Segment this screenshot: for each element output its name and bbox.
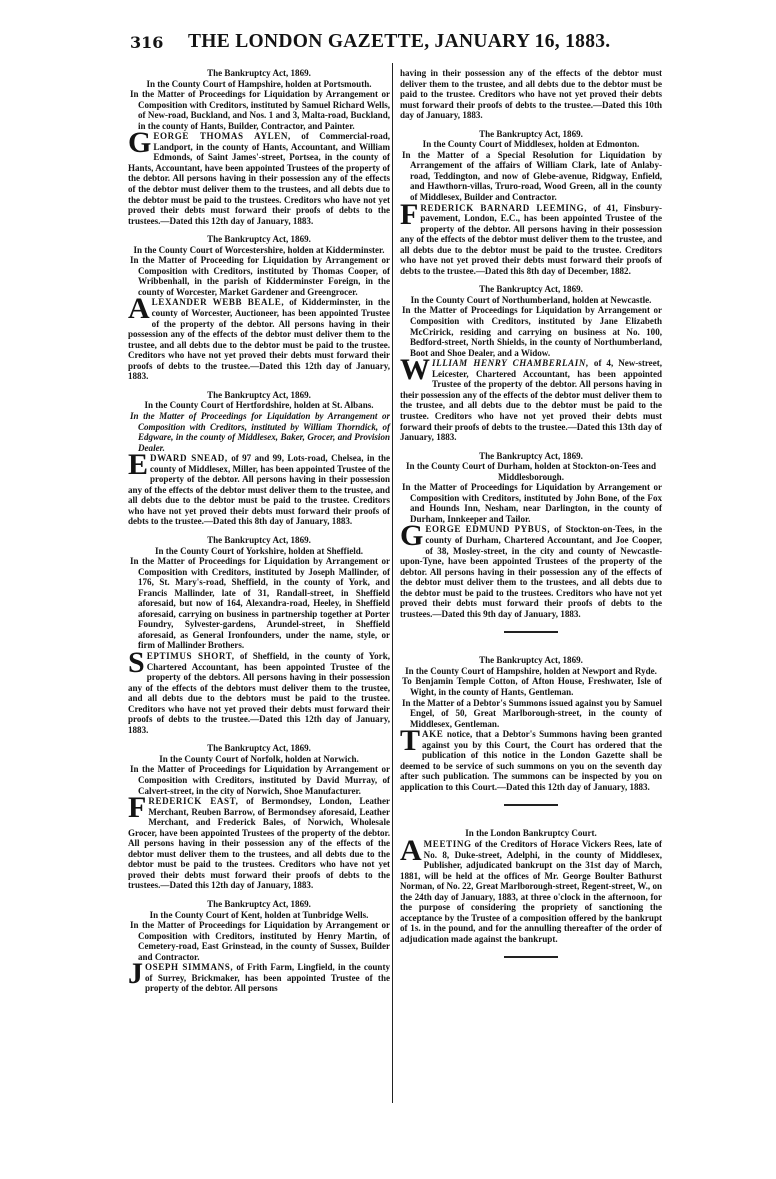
trustee-name: DWARD SNEAD, — [150, 453, 228, 463]
court-heading: In the County Court of Norfolk, holden a… — [128, 754, 390, 765]
drop-cap: G — [400, 524, 423, 548]
drop-cap: F — [400, 203, 418, 227]
section-divider — [504, 804, 558, 806]
drop-cap: F — [128, 796, 146, 820]
notice-body: FREDERICK BARNARD LEEMING, of 41, Finsbu… — [400, 203, 662, 277]
notice-middlesex-edmonton: The Bankruptcy Act, 1869. In the County … — [400, 129, 662, 277]
gazette-page: 316 THE LONDON GAZETTE, JANUARY 16, 1883… — [0, 0, 776, 1179]
section-divider — [504, 956, 558, 958]
drop-cap: T — [400, 729, 420, 753]
notice-hampshire-portsmouth: The Bankruptcy Act, 1869. In the County … — [128, 68, 390, 226]
page-number: 316 — [130, 33, 163, 52]
drop-cap: A — [128, 297, 150, 321]
trustee-name: EORGE THOMAS AYLEN, — [153, 131, 291, 141]
court-heading: In the County Court of Kent, holden at T… — [128, 910, 390, 921]
court-heading: In the County Court of Northumberland, h… — [400, 295, 662, 306]
notice-body: ALEXANDER WEBB BEALE, of Kidderminster, … — [128, 297, 390, 381]
act-heading: The Bankruptcy Act, 1869. — [128, 234, 390, 245]
drop-cap: W — [400, 358, 430, 382]
drop-cap: J — [128, 962, 143, 986]
notice-yorkshire: The Bankruptcy Act, 1869. In the County … — [128, 535, 390, 735]
body-text: of 41, Finsbury-pavement, London, E.C., … — [400, 203, 662, 276]
page-header: 316 THE LONDON GAZETTE, JANUARY 16, 1883… — [130, 33, 650, 55]
section-divider — [504, 631, 558, 633]
act-heading: The Bankruptcy Act, 1869. — [128, 535, 390, 546]
act-heading: The Bankruptcy Act, 1869. — [400, 655, 662, 666]
notice-continuation: having in their possession any of the ef… — [400, 68, 662, 121]
notice-lead: MEETING — [424, 839, 472, 849]
notice-body: GEORGE THOMAS AYLEN, of Commercial-road,… — [128, 131, 390, 226]
trustee-name: REDERICK BARNARD LEEMING, — [420, 203, 587, 213]
matter-text: In the Matter of Proceedings for Liquida… — [128, 89, 390, 131]
trustee-name: EPTIMUS SHORT, — [147, 651, 235, 661]
matter-text: In the Matter of Proceedings for Liquida… — [128, 920, 390, 962]
notice-london-bankruptcy-court: In the London Bankruptcy Court. AMEETING… — [400, 828, 662, 944]
addressee-text: To Benjamin Temple Cotton, of Afton Hous… — [400, 676, 662, 697]
notice-body: SEPTIMUS SHORT, of Sheffield, in the cou… — [128, 651, 390, 735]
notice-lead: AKE — [422, 729, 443, 739]
notice-body: GEORGE EDMUND PYBUS, of Stockton-on-Tees… — [400, 524, 662, 619]
body-text: of Stockton-on-Tees, in the county of Du… — [400, 524, 662, 618]
body-text: of 97 and 99, Lots-road, Chelsea, in the… — [128, 453, 390, 526]
court-heading: In the County Court of Durham, holden at… — [400, 461, 662, 482]
notice-body: FREDERICK EAST, of Bermondsey, London, L… — [128, 796, 390, 891]
act-heading: The Bankruptcy Act, 1869. — [400, 129, 662, 140]
court-heading: In the County Court of Hampshire, holden… — [128, 79, 390, 90]
column-rule — [392, 63, 393, 1103]
body-text: of Bermondsey, London, Leather Merchant,… — [128, 796, 390, 890]
notice-body: AMEETING of the Creditors of Horace Vick… — [400, 839, 662, 944]
notice-northumberland: The Bankruptcy Act, 1869. In the County … — [400, 284, 662, 442]
act-heading: The Bankruptcy Act, 1869. — [128, 390, 390, 401]
court-heading: In the County Court of Hertfordshire, ho… — [128, 400, 390, 411]
body-text: of Commercial-road, Landport, in the cou… — [128, 131, 390, 225]
trustee-name: OSEPH SIMMANS, — [145, 962, 233, 972]
drop-cap: A — [400, 839, 422, 863]
court-heading: In the London Bankruptcy Court. — [400, 828, 662, 839]
court-heading: In the County Court of Yorkshire, holden… — [128, 546, 390, 557]
matter-text: In the Matter of Proceedings for Liquida… — [128, 764, 390, 796]
act-heading: The Bankruptcy Act, 1869. — [128, 68, 390, 79]
act-heading: The Bankruptcy Act, 1869. — [400, 451, 662, 462]
drop-cap: E — [128, 453, 148, 477]
body-text: of 4, New-street, Leicester, Chartered A… — [400, 358, 662, 442]
body-text: of Kidderminster, in the county of Worce… — [128, 297, 390, 381]
matter-text: In the Matter of a Special Resolution fo… — [400, 150, 662, 203]
court-heading: In the County Court of Middlesex, holden… — [400, 139, 662, 150]
drop-cap: S — [128, 651, 145, 675]
body-text: of Sheffield, in the county of York, Cha… — [128, 651, 390, 735]
right-column: having in their possession any of the ef… — [400, 68, 662, 980]
drop-cap: G — [128, 131, 151, 155]
notice-hampshire-newport: The Bankruptcy Act, 1869. In the County … — [400, 655, 662, 792]
matter-text: In the Matter of a Debtor's Summons issu… — [400, 698, 662, 730]
matter-text: In the Matter of Proceedings for Liquida… — [400, 305, 662, 358]
court-heading: In the County Court of Hampshire, holden… — [400, 666, 662, 677]
notice-kent: The Bankruptcy Act, 1869. In the County … — [128, 899, 390, 994]
notice-body: JOSEPH SIMMANS, of Frith Farm, Lingfield… — [128, 962, 390, 994]
matter-text: In the Matter of Proceeding for Liquidat… — [128, 255, 390, 297]
matter-text: In the Matter of Proceedings for Liquida… — [128, 556, 390, 651]
trustee-name: LEXANDER WEBB BEALE, — [152, 297, 285, 307]
court-heading: In the County Court of Worcestershire, h… — [128, 245, 390, 256]
act-heading: The Bankruptcy Act, 1869. — [128, 743, 390, 754]
notice-body: EDWARD SNEAD, of 97 and 99, Lots-road, C… — [128, 453, 390, 527]
matter-text: In the Matter of Proceedings for Liquida… — [400, 482, 662, 524]
notice-hertfordshire: The Bankruptcy Act, 1869. In the County … — [128, 390, 390, 527]
act-heading: The Bankruptcy Act, 1869. — [128, 899, 390, 910]
notice-body: TAKE notice, that a Debtor's Summons hav… — [400, 729, 662, 792]
body-text: of the Creditors of Horace Vickers Rees,… — [400, 839, 662, 944]
act-heading: The Bankruptcy Act, 1869. — [400, 284, 662, 295]
left-column: The Bankruptcy Act, 1869. In the County … — [128, 68, 390, 1002]
notice-norfolk: The Bankruptcy Act, 1869. In the County … — [128, 743, 390, 891]
continued-text: having in their possession any of the ef… — [400, 68, 662, 121]
trustee-name: EORGE EDMUND PYBUS, — [425, 524, 550, 534]
notice-worcestershire: The Bankruptcy Act, 1869. In the County … — [128, 234, 390, 382]
notice-durham: The Bankruptcy Act, 1869. In the County … — [400, 451, 662, 620]
notice-body: WILLIAM HENRY CHAMBERLAIN, of 4, New-str… — [400, 358, 662, 442]
matter-text: In the Matter of Proceedings for Liquida… — [128, 411, 390, 453]
trustee-name: ILLIAM HENRY CHAMBERLAIN, — [432, 358, 589, 368]
trustee-name: REDERICK EAST, — [148, 796, 238, 806]
gazette-title: THE LONDON GAZETTE, JANUARY 16, 1883. — [188, 31, 611, 53]
